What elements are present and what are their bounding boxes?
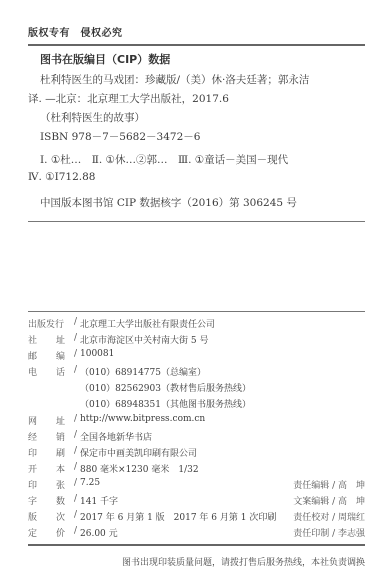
quality-notice: 图书出现印装质量问题，请拨打售后服务热线，本社负责调换 [122, 555, 365, 568]
row-key: 刷 [56, 446, 65, 459]
publication-row: （010）82562903（教材售后服务热线） [28, 381, 365, 397]
website-value: http://www.bitpress.com.cn [80, 414, 205, 424]
publication-row: 版 次 / 2017 年 6 月第 1 版 2017 年 6 月第 1 次印刷 … [28, 510, 365, 526]
publication-row: （010）68948351（其他图书服务热线） [28, 397, 365, 413]
row-separator: / [74, 462, 77, 472]
cip-line: Ⅳ. ①I712.88 [28, 171, 95, 183]
row-key: 址 [56, 414, 65, 427]
cip-line: Ⅰ. ①杜… Ⅱ. ①休…②郭… Ⅲ. ①童话－美国－现代 [40, 152, 288, 167]
cip-line: 杜利特医生的马戏团：珍藏版/（美）休·洛夫廷著；郭永洁 [40, 72, 309, 87]
row-value: （010）68948351（其他图书服务热线） [80, 397, 251, 410]
proofreader-credit: 责任校对 / 周瑞红 [293, 510, 365, 523]
publication-row: 社 址 / 北京市海淀区中关村南大街 5 号 [28, 333, 365, 349]
row-key: 开 [28, 462, 37, 475]
row-key: 邮 [28, 349, 37, 362]
publication-row: 邮 编 / 100081 [28, 349, 365, 365]
publication-row: 出版发行 / 北京理工大学出版社有限责任公司 [28, 317, 365, 333]
print-supervisor-credit: 责任印制 / 李志强 [293, 526, 365, 539]
cip-divider [28, 221, 365, 222]
publication-row: 印 刷 / 保定市中画美凯印刷有限公司 [28, 446, 365, 462]
cip-title: 图书在版编目（CIP）数据 [40, 51, 170, 67]
row-value: 北京市海淀区中关村南大街 5 号 [80, 333, 208, 346]
header-divider [28, 44, 365, 46]
row-value: 7.25 [80, 478, 100, 488]
row-key: 次 [56, 510, 65, 523]
row-key: 本 [56, 462, 65, 475]
row-value: 全国各地新华书店 [80, 430, 152, 443]
publication-row: 开 本 / 880 毫米×1230 毫米 1/32 [28, 462, 365, 478]
cip-line: （杜利特医生的故事） [40, 110, 145, 125]
row-value: 141 千字 [80, 494, 118, 507]
row-key: 社 [28, 333, 37, 346]
row-separator: / [74, 430, 77, 440]
row-value: 北京理工大学出版社有限责任公司 [80, 317, 215, 330]
row-key: 经 [28, 430, 37, 443]
row-value: 100081 [80, 349, 114, 359]
row-key: 销 [56, 430, 65, 443]
row-separator: / [74, 526, 77, 536]
publication-row: 字 数 / 141 千字 文案编辑 / 高 坤 [28, 494, 365, 510]
row-separator: / [74, 317, 77, 327]
row-separator: / [74, 446, 77, 456]
publication-divider-bottom [28, 544, 365, 546]
row-separator: / [74, 494, 77, 504]
row-value: 2017 年 6 月第 1 版 2017 年 6 月第 1 次印刷 [80, 510, 276, 523]
publication-divider-top [28, 311, 365, 312]
publication-row: 电 话 / （010）68914775（总编室） [28, 365, 365, 381]
row-key: 张 [56, 478, 65, 491]
row-key: 电 [28, 365, 37, 378]
publication-row: 定 价 / 26.00 元 责任印制 / 李志强 [28, 526, 365, 542]
editor-credit: 责任编辑 / 高 坤 [293, 478, 365, 491]
price-value: 26.00 元 [80, 526, 118, 539]
row-key: 印 [28, 446, 37, 459]
row-separator: / [74, 333, 77, 343]
row-key: 版 [28, 510, 37, 523]
row-key: 价 [56, 526, 65, 539]
publication-row: 经 销 / 全国各地新华书店 [28, 430, 365, 446]
row-key: 出版发行 [28, 317, 64, 330]
copyright-notice: 版权专有 侵权必究 [28, 24, 123, 39]
isbn: ISBN 978－7－5682－3472－6 [40, 129, 200, 144]
row-key: 印 [28, 478, 37, 491]
copy-editor-credit: 文案编辑 / 高 坤 [293, 494, 365, 507]
row-key: 数 [56, 494, 65, 507]
row-separator: / [74, 478, 77, 488]
row-key: 址 [56, 333, 65, 346]
row-key: 话 [56, 365, 65, 378]
row-key: 定 [28, 526, 37, 539]
row-value: 保定市中画美凯印刷有限公司 [80, 446, 197, 459]
row-separator: / [74, 510, 77, 520]
row-value: （010）68914775（总编室） [80, 365, 206, 378]
row-separator: / [74, 414, 77, 424]
cip-number: 中国版本图书馆 CIP 数据核字（2016）第 306245 号 [40, 195, 297, 210]
row-value: 880 毫米×1230 毫米 1/32 [80, 462, 199, 475]
row-key: 网 [28, 414, 37, 427]
row-key: 字 [28, 494, 37, 507]
row-separator: / [74, 349, 77, 359]
publication-row: 印 张 / 7.25 责任编辑 / 高 坤 [28, 478, 365, 494]
publication-row: 网 址 / http://www.bitpress.com.cn [28, 414, 365, 430]
row-separator: / [74, 365, 77, 375]
row-key: 编 [56, 349, 65, 362]
row-value: （010）82562903（教材售后服务热线） [80, 381, 251, 394]
cip-line: 译. —北京：北京理工大学出版社，2017.6 [28, 91, 229, 106]
